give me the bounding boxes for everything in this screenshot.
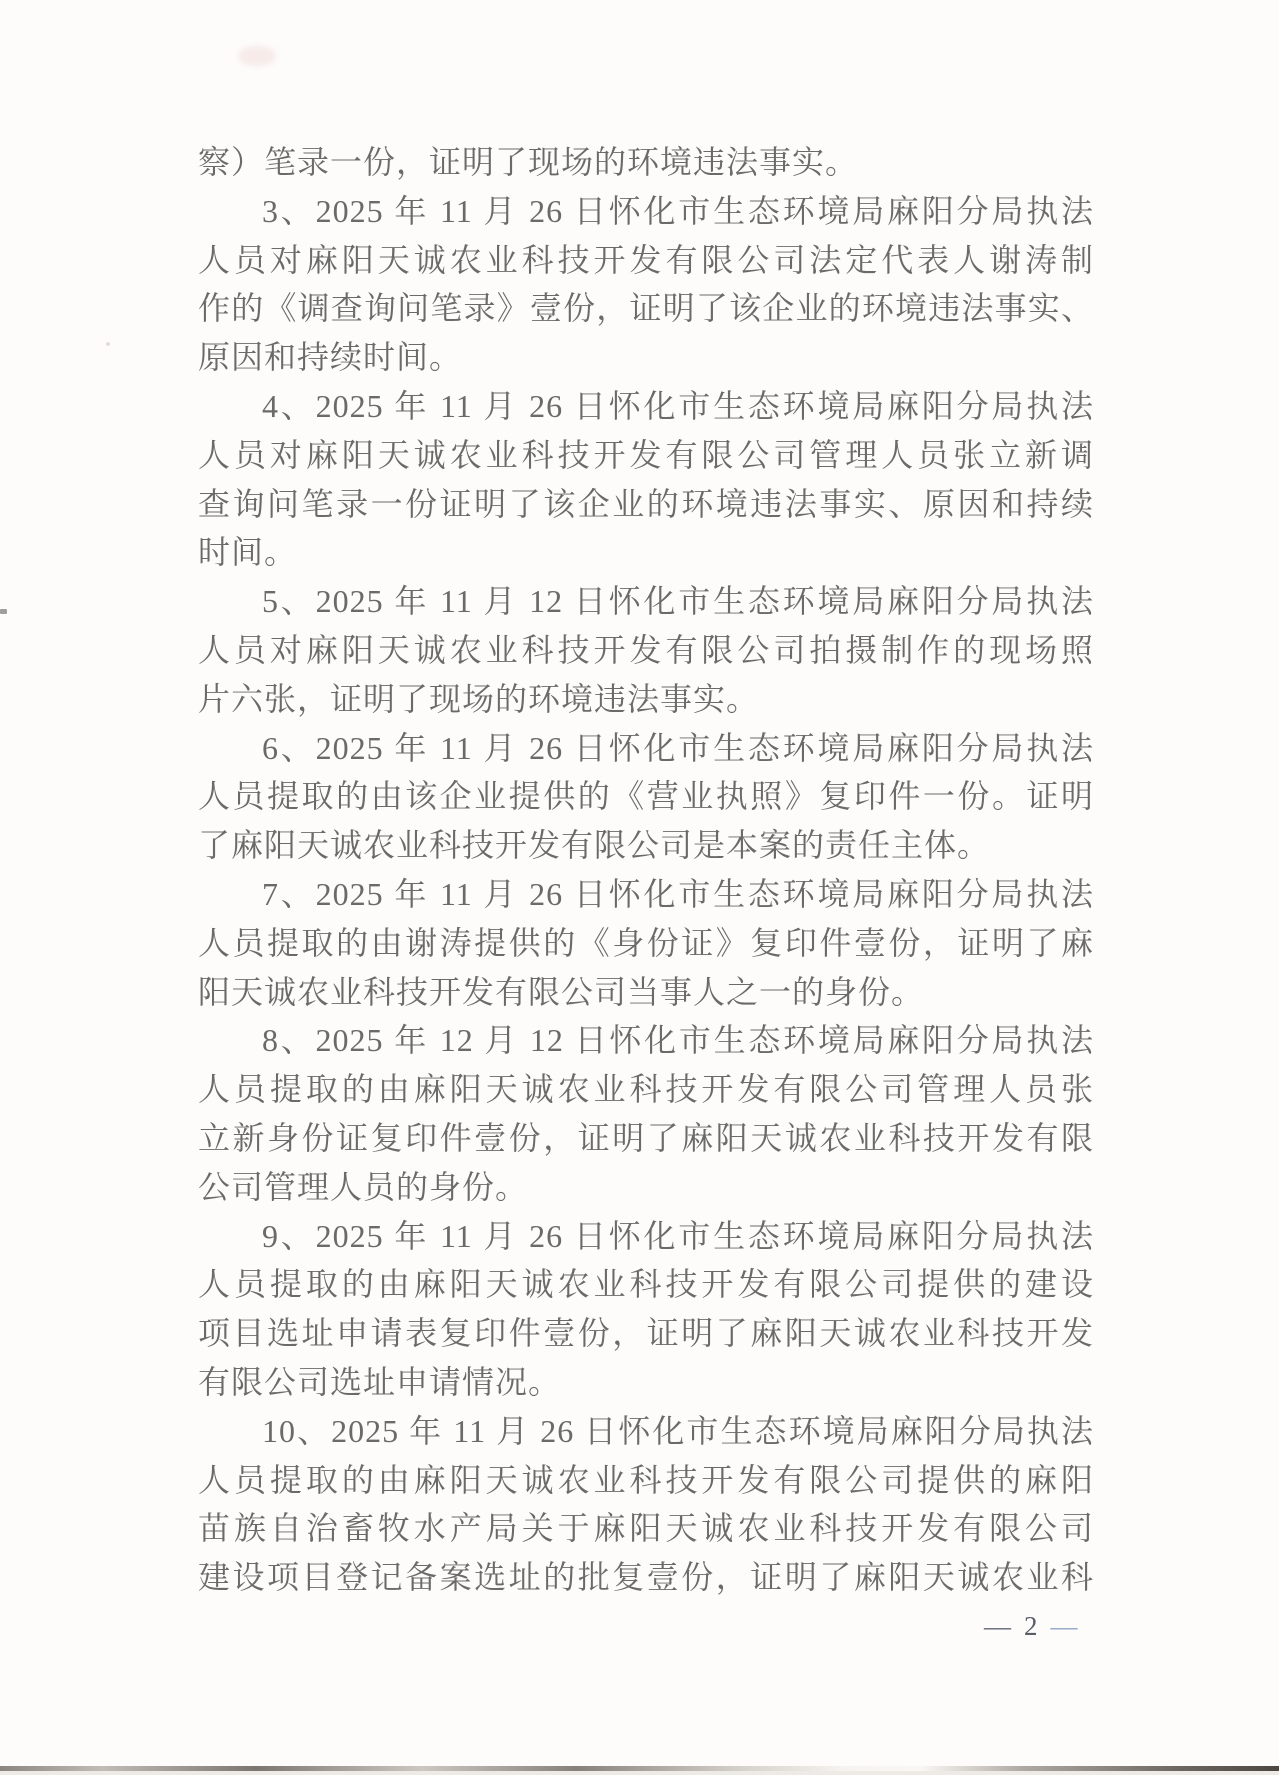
scan-speck bbox=[0, 609, 7, 614]
text-line: 8、2025 年 12 月 12 日怀化市生态环境局麻阳分局执法 bbox=[198, 1016, 1094, 1065]
text-line: 10、2025 年 11 月 26 日怀化市生态环境局麻阳分局执法 bbox=[198, 1407, 1094, 1456]
text-line: 建设项目登记备案选址的批复壹份，证明了麻阳天诚农业科 bbox=[198, 1553, 1094, 1602]
text-line: 阳天诚农业科技开发有限公司当事人之一的身份。 bbox=[198, 968, 1094, 1017]
text-line: 立新身份证复印件壹份，证明了麻阳天诚农业科技开发有限 bbox=[198, 1114, 1094, 1163]
text-line: 了麻阳天诚农业科技开发有限公司是本案的责任主体。 bbox=[198, 821, 1094, 870]
text-line: 人员提取的由谢涛提供的《身份证》复印件壹份，证明了麻 bbox=[198, 919, 1094, 968]
document-body: 察）笔录一份，证明了现场的环境违法事实。 3、2025 年 11 月 26 日怀… bbox=[198, 138, 1094, 1602]
text-line: 人员对麻阳天诚农业科技开发有限公司拍摄制作的现场照 bbox=[198, 626, 1094, 675]
text-line: 作的《调查询问笔录》壹份，证明了该企业的环境违法事实、 bbox=[198, 284, 1094, 333]
text-line: 人员提取的由麻阳天诚农业科技开发有限公司管理人员张 bbox=[198, 1065, 1094, 1114]
text-line: 5、2025 年 11 月 12 日怀化市生态环境局麻阳分局执法 bbox=[198, 577, 1094, 626]
footer-dash-left: — bbox=[984, 1610, 1011, 1642]
text-line: 7、2025 年 11 月 26 日怀化市生态环境局麻阳分局执法 bbox=[198, 870, 1094, 919]
text-line: 人员提取的由麻阳天诚农业科技开发有限公司提供的建设 bbox=[198, 1260, 1094, 1309]
scan-edge-below bbox=[0, 1771, 1279, 1775]
text-line: 查询问笔录一份证明了该企业的环境违法事实、原因和持续 bbox=[198, 480, 1094, 529]
document-page: 察）笔录一份，证明了现场的环境违法事实。 3、2025 年 11 月 26 日怀… bbox=[0, 0, 1279, 1775]
text-line: 4、2025 年 11 月 26 日怀化市生态环境局麻阳分局执法 bbox=[198, 382, 1094, 431]
page-footer: — 2 — bbox=[984, 1610, 1078, 1642]
text-line: 人员提取的由麻阳天诚农业科技开发有限公司提供的麻阳 bbox=[198, 1456, 1094, 1505]
text-line: 项目选址申请表复印件壹份，证明了麻阳天诚农业科技开发 bbox=[198, 1309, 1094, 1358]
text-line: 人员提取的由该企业提供的《营业执照》复印件一份。证明 bbox=[198, 772, 1094, 821]
text-line: 人员对麻阳天诚农业科技开发有限公司法定代表人谢涛制 bbox=[198, 236, 1094, 285]
text-line: 原因和持续时间。 bbox=[198, 333, 1094, 382]
text-line: 察）笔录一份，证明了现场的环境违法事实。 bbox=[198, 138, 1094, 187]
text-line: 3、2025 年 11 月 26 日怀化市生态环境局麻阳分局执法 bbox=[198, 187, 1094, 236]
text-line: 公司管理人员的身份。 bbox=[198, 1163, 1094, 1212]
text-line: 苗族自治畜牧水产局关于麻阳天诚农业科技开发有限公司 bbox=[198, 1504, 1094, 1553]
scan-speck bbox=[106, 342, 110, 346]
scan-smudge bbox=[238, 46, 276, 66]
text-line: 6、2025 年 11 月 26 日怀化市生态环境局麻阳分局执法 bbox=[198, 724, 1094, 773]
text-line: 片六张，证明了现场的环境违法事实。 bbox=[198, 675, 1094, 724]
page-number: 2 bbox=[1024, 1610, 1038, 1642]
text-line: 9、2025 年 11 月 26 日怀化市生态环境局麻阳分局执法 bbox=[198, 1212, 1094, 1261]
text-line: 时间。 bbox=[198, 528, 1094, 577]
footer-dash-right: — bbox=[1051, 1610, 1078, 1642]
text-line: 人员对麻阳天诚农业科技开发有限公司管理人员张立新调 bbox=[198, 431, 1094, 480]
text-line: 有限公司选址申请情况。 bbox=[198, 1358, 1094, 1407]
